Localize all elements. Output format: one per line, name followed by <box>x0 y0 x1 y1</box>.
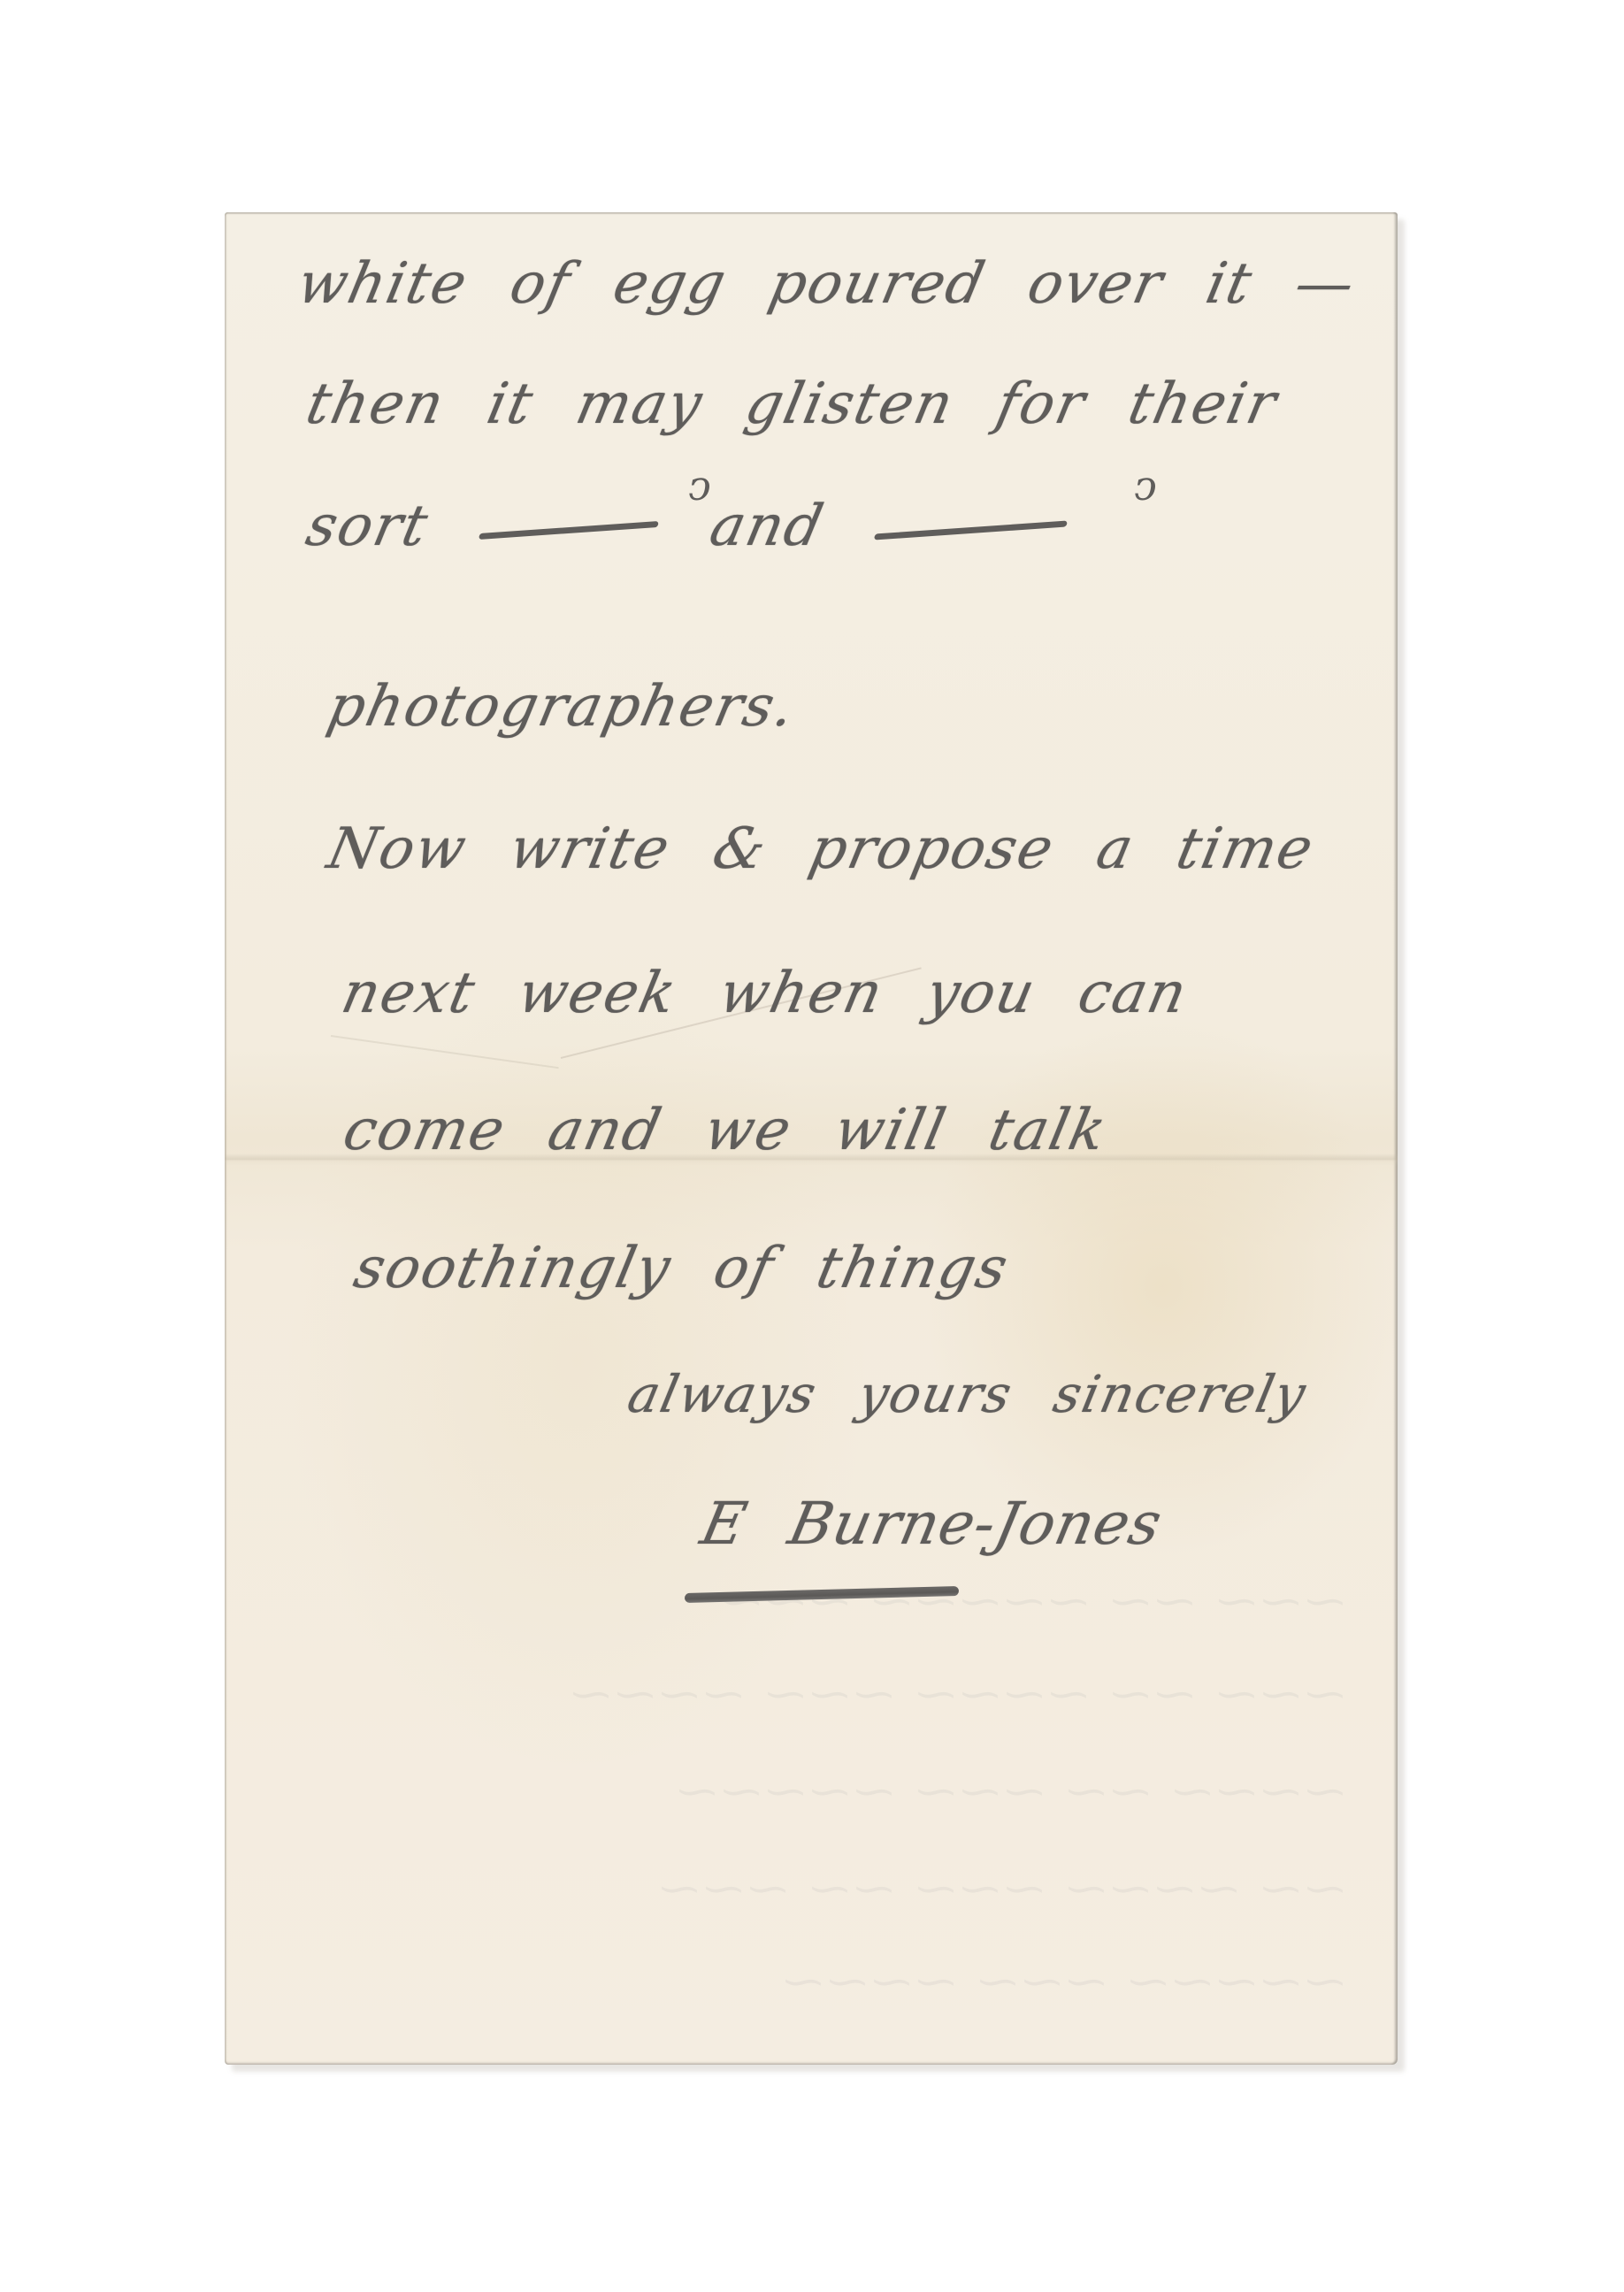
apostrophe-mark: ↄ <box>688 462 711 510</box>
letter-line: soothingly of things <box>349 1236 1015 1301</box>
letter-line: come and we will talk <box>338 1098 1113 1163</box>
letter-word: sort <box>301 494 434 559</box>
blank-dash <box>874 521 1068 540</box>
letter-line: then it may glisten for their <box>301 372 1283 437</box>
letter-line: photographers. <box>322 674 801 740</box>
signature-underline <box>685 1586 959 1603</box>
letter-word: and <box>704 494 830 559</box>
apostrophe-mark: ↄ <box>1134 462 1157 510</box>
letter-closing: always yours sincerely <box>623 1364 1313 1424</box>
letter-page: ⁓⁓⁓ ⁓⁓ ⁓⁓⁓⁓ ⁓⁓⁓ ⁓⁓⁓⁓ ⁓⁓⁓⁓ ⁓⁓ ⁓⁓⁓ ⁓⁓⁓⁓⁓ ⁓… <box>225 212 1398 2065</box>
signature: E Burne-Jones <box>695 1490 1168 1558</box>
blank-dash <box>479 521 658 540</box>
letter-body: white of egg poured over it — then it ma… <box>225 212 1398 2065</box>
letter-line: Now write & propose a time <box>322 816 1320 882</box>
letter-line: next week when you can <box>336 961 1194 1026</box>
letter-line: white of egg poured over it — <box>292 251 1361 317</box>
